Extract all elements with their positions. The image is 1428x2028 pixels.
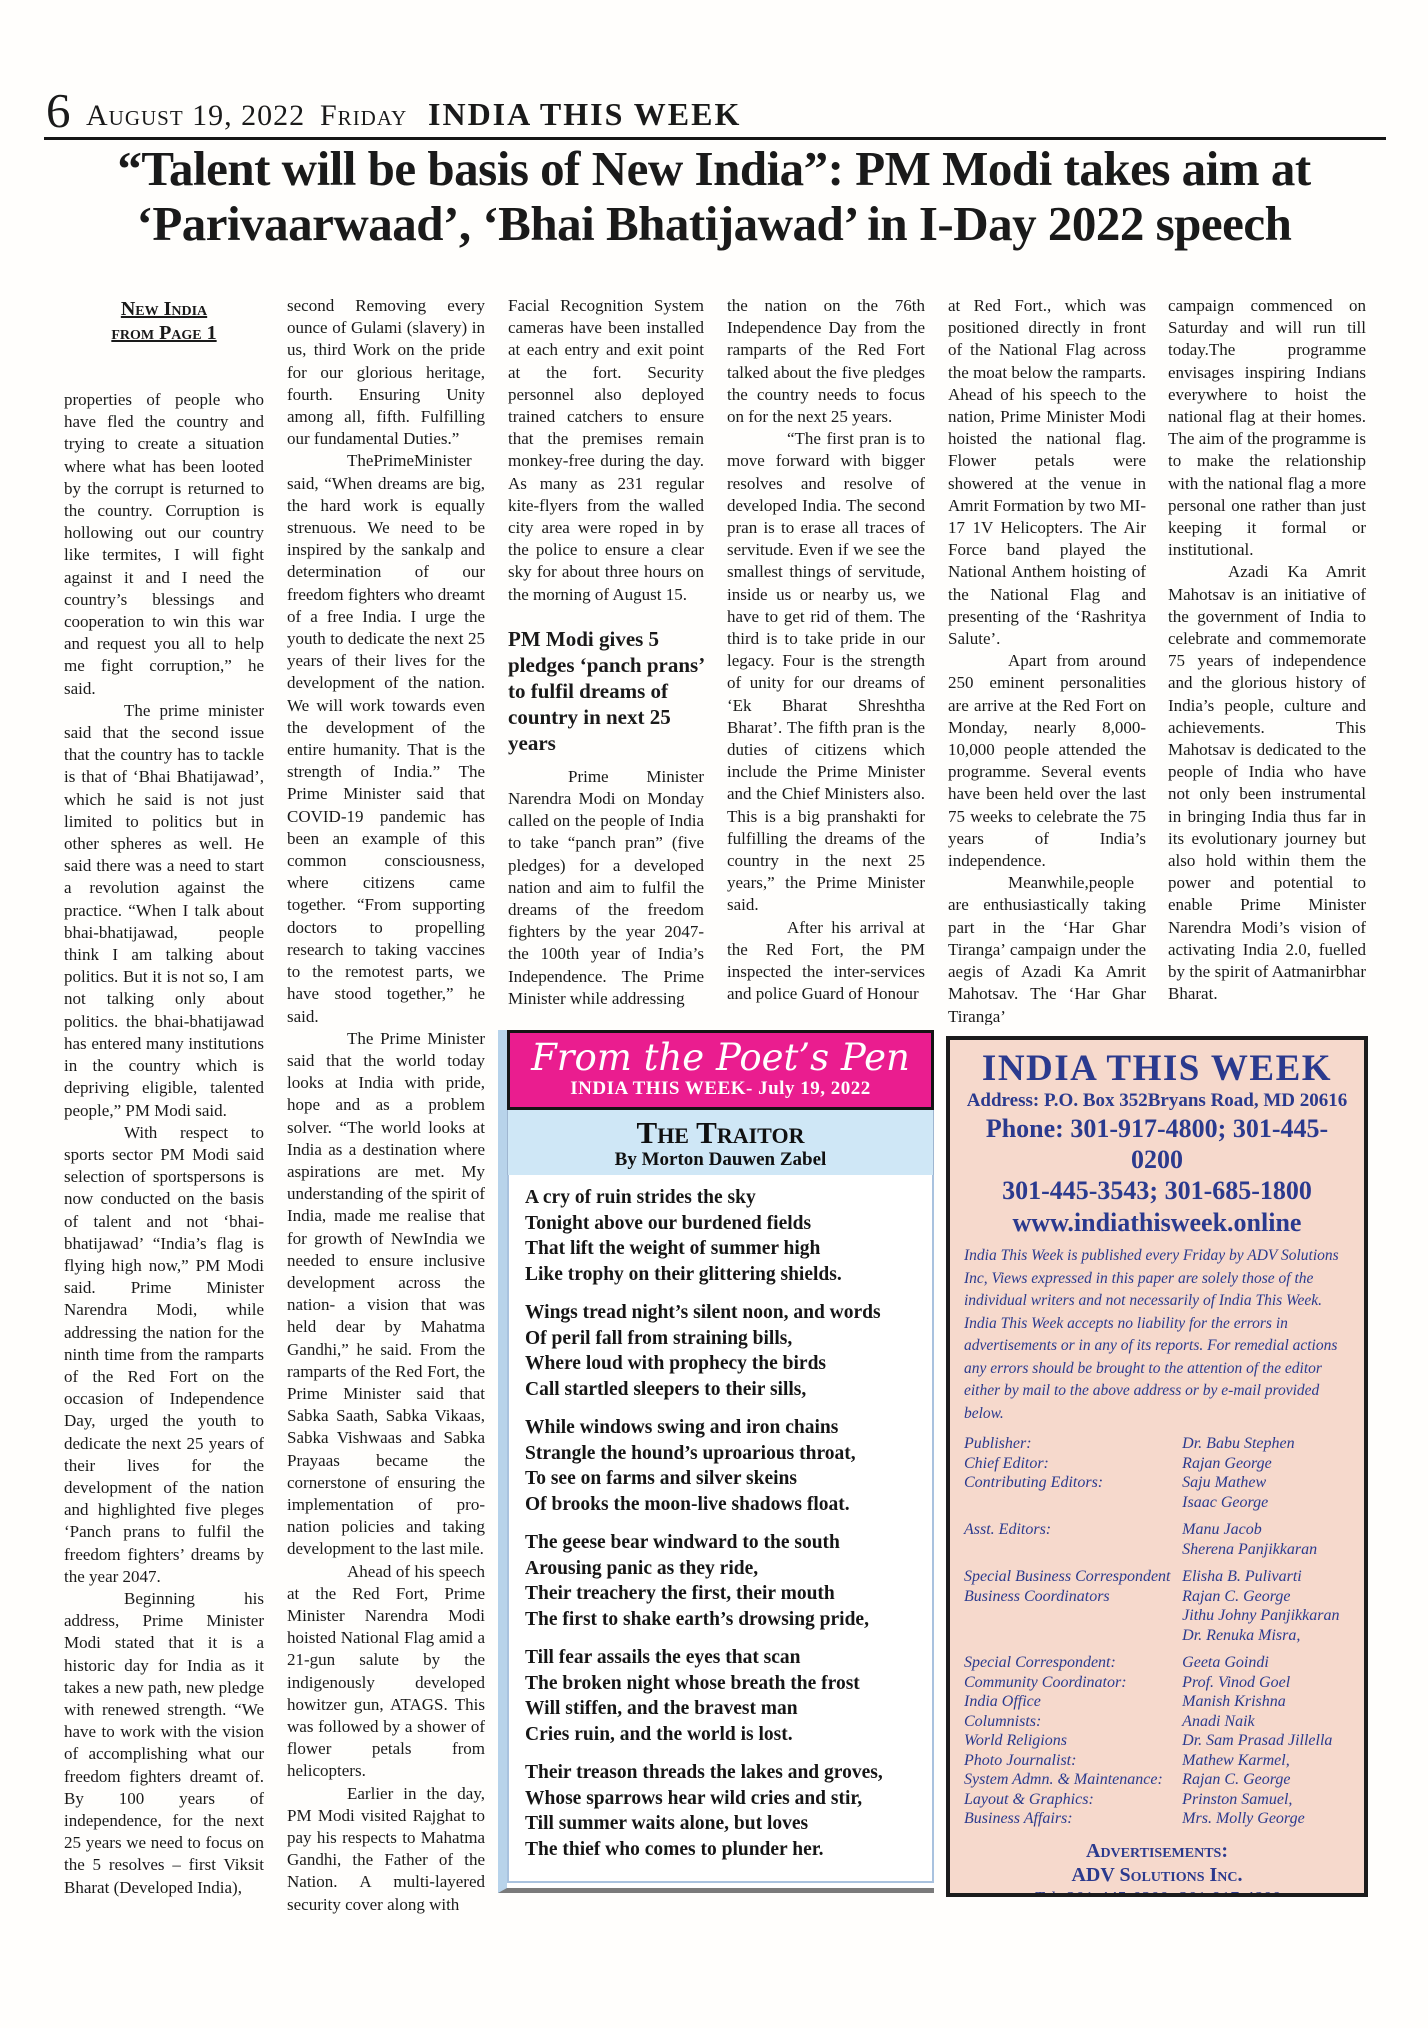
poem-body: A cry of ruin strides the skyTonight abo…: [507, 1175, 934, 1883]
article-paragraph: After his arrival at the Red Fort, the P…: [727, 917, 925, 1006]
staff-name: Anadi Naik: [1182, 1712, 1350, 1732]
staff-name: Isaac George: [1182, 1493, 1350, 1513]
poem-stanza: The geese bear windward to the southArou…: [525, 1530, 918, 1632]
page-number: 6: [46, 86, 71, 136]
article-paragraph: Ahead of his speech at the Red Fort, Pri…: [287, 1561, 485, 1783]
poem-box: From the Poet’s Pen INDIA THIS WEEK- Jul…: [498, 1030, 934, 1893]
staff-role: Business Coordinators: [964, 1587, 1182, 1607]
poem-line: Call startled sleepers to their sills,: [525, 1377, 918, 1403]
info-box-title: INDIA THIS WEEK: [964, 1048, 1350, 1089]
headline-line-2: ‘Parivaarwaad’, ‘Bhai Bhatijawad’ in I-D…: [40, 196, 1388, 251]
poem-line: Where loud with prophecy the birds: [525, 1351, 918, 1377]
staff-name: Manish Krishna: [1182, 1692, 1350, 1712]
staff-role: [964, 1493, 1182, 1513]
headline-line-1: “Talent will be basis of New India”: PM …: [40, 141, 1388, 196]
poem-line: Till fear assails the eyes that scan: [525, 1645, 918, 1671]
article-column-2: second Removing every ounce of Gulami (s…: [287, 295, 485, 1995]
poem-line: Arousing panic as they ride,: [525, 1556, 918, 1582]
adv-heading: Advertisements:: [964, 1839, 1350, 1863]
poem-line: Of peril fall from straining bills,: [525, 1326, 918, 1352]
page-date: August 19, 2022: [86, 99, 305, 133]
staff-role: India Office: [964, 1692, 1182, 1712]
staff-role: Special Correspondent:: [964, 1653, 1182, 1673]
article-column-5: at Red Fort., which was positioned direc…: [948, 295, 1146, 1025]
info-address: Address: P.O. Box 352Bryans Road, MD 206…: [964, 1089, 1350, 1113]
article-column-6: campaign commenced on Saturday and will …: [1168, 295, 1366, 1025]
info-phone-line-2: 301-445-3543; 301-685-1800: [964, 1175, 1350, 1206]
staff-role: Chief Editor:: [964, 1454, 1182, 1474]
poem-stanza: A cry of ruin strides the skyTonight abo…: [525, 1185, 918, 1287]
article-paragraph: Meanwhile,people are enthusiastically ta…: [948, 872, 1146, 1025]
poem-line: Whose sparrows hear wild cries and stir,: [525, 1786, 918, 1812]
continuation-line-2: from Page 1: [111, 322, 216, 344]
info-disclaimer: India This Week is published every Frida…: [964, 1245, 1350, 1425]
poem-title: The Traitor: [510, 1117, 931, 1148]
poem-stanza: Till fear assails the eyes that scanThe …: [525, 1645, 918, 1747]
staff-name: Rajan George: [1182, 1454, 1350, 1474]
staff-name: Rajan C. George: [1182, 1587, 1350, 1607]
poem-line: The broken night whose breath the frost: [525, 1671, 918, 1697]
article-paragraph: With respect to sports sector PM Modi sa…: [64, 1122, 264, 1588]
staff-name: Dr. Babu Stephen: [1182, 1434, 1350, 1454]
poem-line: A cry of ruin strides the sky: [525, 1185, 918, 1211]
article-paragraph: second Removing every ounce of Gulami (s…: [287, 295, 485, 450]
masthead-title: INDIA THIS WEEK: [428, 96, 741, 133]
staff-role: Business Affairs:: [964, 1809, 1182, 1829]
article-paragraph: The Prime Minister said that the world t…: [287, 1028, 485, 1561]
staff-role: Community Coordinator:: [964, 1673, 1182, 1693]
poem-line: Of brooks the moon-live shadows float.: [525, 1492, 918, 1518]
poem-line: The thief who comes to plunder her.: [525, 1837, 918, 1863]
staff-name: Elisha B. Pulivarti: [1182, 1567, 1350, 1587]
staff-role: Publisher:: [964, 1434, 1182, 1454]
staff-name: Mrs. Molly George: [1182, 1809, 1350, 1829]
staff-name: Manu Jacob: [1182, 1520, 1350, 1540]
article-paragraph: Earlier in the day, PM Modi visited Rajg…: [287, 1783, 485, 1916]
poem-banner-subtitle: INDIA THIS WEEK- July 19, 2022: [512, 1078, 929, 1100]
poem-line: Like trophy on their glittering shields.: [525, 1262, 918, 1288]
info-website: www.indiathisweek.online: [964, 1206, 1350, 1239]
staff-name: Saju Mathew: [1182, 1473, 1350, 1493]
publisher-info-box: INDIA THIS WEEK Address: P.O. Box 352Bry…: [946, 1036, 1368, 1897]
staff-role: Asst. Editors:: [964, 1520, 1182, 1540]
article-column-1: New India from Page 1 properties of peop…: [64, 295, 264, 1945]
staff-name: Rajan C. George: [1182, 1770, 1350, 1790]
article-paragraph: at Red Fort., which was positioned direc…: [948, 295, 1146, 650]
newspaper-page: { "page": { "number": "6", "date": "Augu…: [0, 0, 1428, 2028]
staff-name: Prinston Samuel,: [1182, 1790, 1350, 1810]
poem-line: Tonight above our burdened fields: [525, 1211, 918, 1237]
poem-stanza: Their treason threads the lakes and grov…: [525, 1760, 918, 1862]
poem-line: The first to shake earth’s drowsing prid…: [525, 1607, 918, 1633]
staff-role: [964, 1626, 1182, 1646]
poem-line: To see on farms and silver skeins: [525, 1466, 918, 1492]
poem-line: Will stiffen, and the bravest man: [525, 1696, 918, 1722]
staff-name: Sherena Panjikkaran: [1182, 1540, 1350, 1560]
poem-line: The geese bear windward to the south: [525, 1530, 918, 1556]
article-paragraph: properties of people who have fled the c…: [64, 389, 264, 700]
info-phone-line-1: Phone: 301-917-4800; 301-445-0200: [964, 1113, 1350, 1175]
staff-role: [964, 1606, 1182, 1626]
article-paragraph: Beginning his address, Prime Minister Mo…: [64, 1588, 264, 1899]
article-paragraph: The prime minister said that the second …: [64, 700, 264, 1122]
staff-role: Photo Journalist:: [964, 1751, 1182, 1771]
article-paragraph: Facial Recognition System cameras have b…: [508, 295, 704, 606]
poem-title-band: The Traitor By Morton Dauwen Zabel: [507, 1110, 934, 1175]
staff-name: Prof. Vinod Goel: [1182, 1673, 1350, 1693]
article-paragraph: “The first pran is to move forward with …: [727, 428, 925, 916]
poem-line: Their treachery the first, their mouth: [525, 1581, 918, 1607]
staff-role: [964, 1540, 1182, 1560]
poem-line: Strangle the hound’s uproarious throat,: [525, 1441, 918, 1467]
article-paragraph: ThePrimeMinister said, “When dreams are …: [287, 450, 485, 1027]
article-subhead: PM Modi gives 5 pledges ‘panch prans’ to…: [508, 626, 704, 756]
poem-banner: From the Poet’s Pen INDIA THIS WEEK- Jul…: [507, 1030, 934, 1110]
poem-stanza: Wings tread night’s silent noon, and wor…: [525, 1300, 918, 1402]
main-headline: “Talent will be basis of New India”: PM …: [40, 141, 1388, 251]
staff-name: Geeta Goindi: [1182, 1653, 1350, 1673]
article-column-3: Facial Recognition System cameras have b…: [508, 295, 704, 1025]
staff-name: Mathew Karmel,: [1182, 1751, 1350, 1771]
staff-name: Dr. Renuka Misra,: [1182, 1626, 1350, 1646]
poem-line: While windows swing and iron chains: [525, 1415, 918, 1441]
header-rule: [44, 137, 1386, 140]
staff-role: Layout & Graphics:: [964, 1790, 1182, 1810]
advertisements-block: Advertisements: ADV Solutions Inc. Tel: …: [964, 1839, 1350, 1898]
poem-line: Till summer waits alone, but loves: [525, 1811, 918, 1837]
continuation-heading: New India from Page 1: [74, 297, 254, 345]
poem-line: That lift the weight of summer high: [525, 1236, 918, 1262]
adv-company: ADV Solutions Inc.: [964, 1863, 1350, 1887]
article-paragraph: Prime Minister Narendra Modi on Monday c…: [508, 766, 704, 1010]
staff-name: Dr. Sam Prasad Jillella: [1182, 1731, 1350, 1751]
article-paragraph: the nation on the 76th Independence Day …: [727, 295, 925, 428]
page-day: Friday: [320, 99, 407, 133]
staff-list: Publisher:Dr. Babu StephenChief Editor:R…: [964, 1434, 1350, 1829]
adv-tel-line-1: Tel: 301-445-0200; 301-917-4800: [964, 1887, 1350, 1898]
article-column-4: the nation on the 76th Independence Day …: [727, 295, 925, 1025]
poem-byline: By Morton Dauwen Zabel: [510, 1148, 931, 1171]
article-paragraph: campaign commenced on Saturday and will …: [1168, 295, 1366, 561]
staff-role: World Religions: [964, 1731, 1182, 1751]
staff-role: System Admn. & Maintenance:: [964, 1770, 1182, 1790]
article-paragraph: Azadi Ka Amrit Mahotsav is an initiative…: [1168, 561, 1366, 1005]
staff-role: Special Business Correspondent: [964, 1567, 1182, 1587]
article-paragraph: Apart from around 250 eminent personalit…: [948, 650, 1146, 872]
poem-line: Wings tread night’s silent noon, and wor…: [525, 1300, 918, 1326]
staff-name: Jithu Johny Panjikkaran: [1182, 1606, 1350, 1626]
continuation-line-1: New India: [121, 298, 207, 320]
staff-role: Contributing Editors:: [964, 1473, 1182, 1493]
staff-role: Columnists:: [964, 1712, 1182, 1732]
poem-banner-title: From the Poet’s Pen: [512, 1037, 929, 1078]
poem-line: Their treason threads the lakes and grov…: [525, 1760, 918, 1786]
poem-stanza: While windows swing and iron chainsStran…: [525, 1415, 918, 1517]
poem-line: Cries ruin, and the world is lost.: [525, 1722, 918, 1748]
